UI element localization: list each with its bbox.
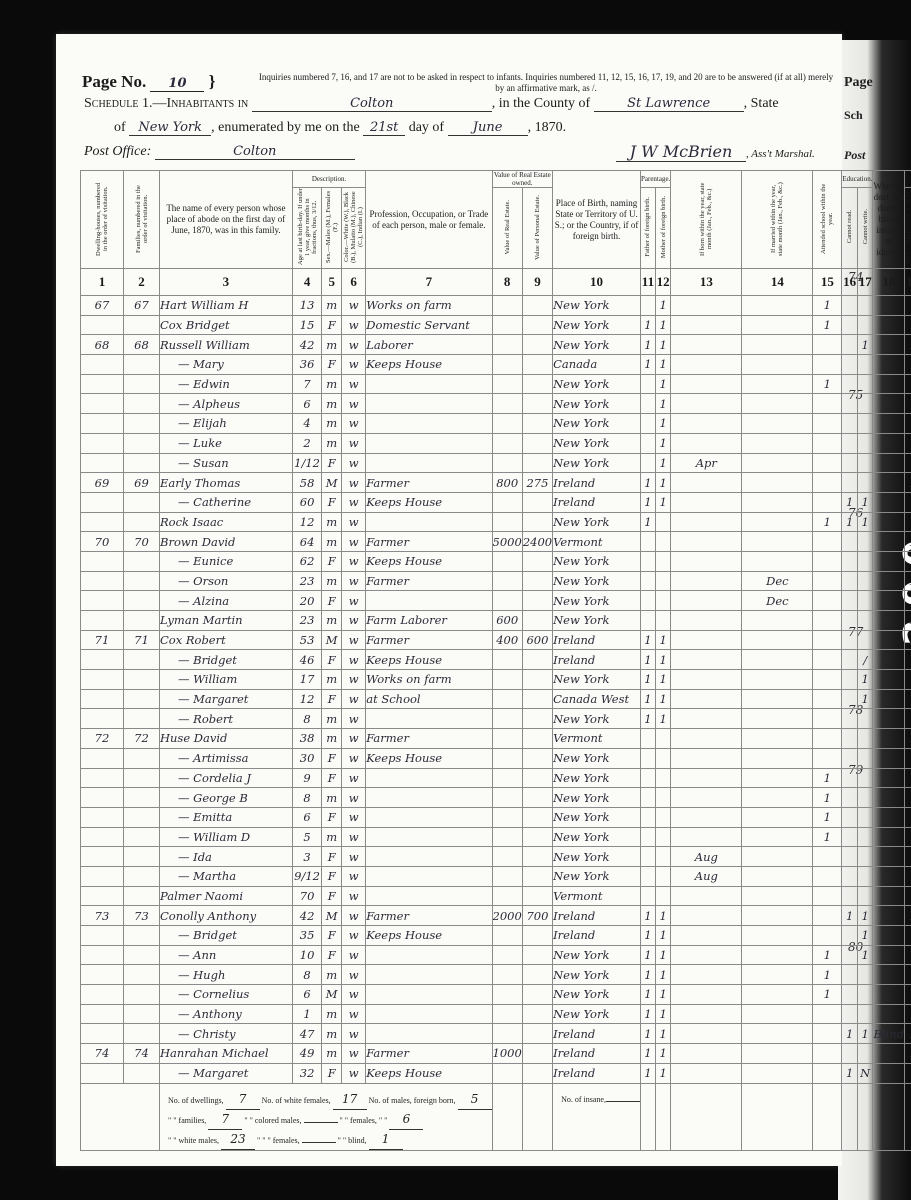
person-name: — Ida (160, 847, 293, 867)
totals-cell (813, 1083, 842, 1150)
dwelling-number (81, 689, 124, 709)
dwelling-number (81, 866, 124, 886)
age: 42 (292, 906, 321, 926)
mother-foreign (655, 532, 670, 552)
column-header-7: Profession, Occupation, or Trade of each… (366, 171, 492, 269)
personal-estate-value: 2400 (522, 532, 552, 552)
column-number: 9 (522, 269, 552, 296)
table-row: — Susan1/12FwNew York1Apr (81, 453, 911, 473)
age: 62 (292, 551, 321, 571)
mother-foreign (655, 807, 670, 827)
sex: m (322, 433, 342, 453)
father-foreign (640, 729, 655, 749)
color: w (342, 611, 366, 631)
table-row: — Alzina20FwNew YorkDec (81, 591, 911, 611)
dwelling-number (81, 926, 124, 946)
married-month (742, 551, 813, 571)
mother-foreign: 1 (655, 492, 670, 512)
real-estate-value (492, 788, 522, 808)
state-label: , State (744, 96, 779, 111)
male-citizen (905, 374, 911, 394)
column-header-16: Cannot read. (842, 188, 858, 269)
disability (873, 650, 905, 670)
father-foreign: 1 (640, 630, 655, 650)
personal-estate-value (522, 374, 552, 394)
cannot-write: 1 (857, 335, 873, 355)
male-citizen (905, 433, 911, 453)
sex: m (322, 1024, 342, 1044)
column-header-text: Mother of foreign birth. (660, 196, 667, 258)
family-number (124, 670, 160, 690)
color: w (342, 1004, 366, 1024)
cannot-write (857, 591, 873, 611)
birthplace: New York (553, 945, 641, 965)
column-number: 4 (292, 269, 321, 296)
dwelling-number (81, 945, 124, 965)
age: 10 (292, 945, 321, 965)
cannot-write (857, 315, 873, 335)
mother-foreign: 1 (655, 453, 670, 473)
occupation (366, 1024, 492, 1044)
family-number: 71 (124, 630, 160, 650)
married-month (742, 926, 813, 946)
cannot-write (857, 571, 873, 591)
father-foreign: 1 (640, 906, 655, 926)
father-foreign: 1 (640, 1063, 655, 1083)
attended-school (813, 433, 842, 453)
cannot-read (842, 551, 858, 571)
birthplace: Vermont (553, 729, 641, 749)
occupation: Farmer (366, 473, 492, 493)
occupation (366, 394, 492, 414)
mother-foreign (655, 551, 670, 571)
birthplace: New York (553, 1004, 641, 1024)
cannot-write (857, 768, 873, 788)
sex: F (322, 551, 342, 571)
disability (873, 788, 905, 808)
column-header-text: Value of Personal Estate. (534, 195, 541, 260)
age: 70 (292, 886, 321, 906)
disability (873, 729, 905, 749)
occupation: Farmer (366, 906, 492, 926)
male-citizen (905, 551, 911, 571)
born-month (671, 591, 742, 611)
birthplace: New York (553, 670, 641, 690)
occupation: Laborer (366, 335, 492, 355)
table-row: 6969Early Thomas58MwFarmer800275Ireland1… (81, 473, 911, 493)
disability (873, 492, 905, 512)
cannot-read: 1 (842, 512, 858, 532)
person-name: — Susan (160, 453, 293, 473)
family-number (124, 492, 160, 512)
married-month (742, 847, 813, 867)
dwelling-number (81, 650, 124, 670)
real-estate-value: 1000 (492, 1044, 522, 1064)
married-month (742, 689, 813, 709)
male-citizen: 1 (905, 906, 911, 926)
table-row: Lyman Martin23mwFarm Laborer600New York1 (81, 611, 911, 631)
table-row: — Alpheus6mwNew York1 (81, 394, 911, 414)
person-name: Brown David (160, 532, 293, 552)
column-header-text: Dwelling-houses, numbered in the order o… (95, 180, 109, 258)
attended-school (813, 630, 842, 650)
born-month (671, 512, 742, 532)
column-header-2: Families, numbered in the order of visit… (124, 171, 160, 269)
real-estate-value (492, 492, 522, 512)
cannot-write (857, 866, 873, 886)
married-month (742, 492, 813, 512)
male-citizen: 1 (905, 1044, 911, 1064)
cannot-read (842, 591, 858, 611)
person-name: — Alpheus (160, 394, 293, 414)
table-row: — Elijah4mwNew York1 (81, 414, 911, 434)
father-foreign (640, 374, 655, 394)
table-row: — William17mwWorks on farmNew York111 (81, 670, 911, 690)
married-month (742, 768, 813, 788)
father-foreign: 1 (640, 1044, 655, 1064)
disability (873, 512, 905, 532)
schedule-line: Schedule 1.—Inhabitants in Colton, in th… (84, 96, 779, 112)
family-number (124, 847, 160, 867)
father-foreign: 1 (640, 315, 655, 335)
disability (873, 709, 905, 729)
page-number-label: Page No. (82, 72, 146, 91)
occupation: Farmer (366, 630, 492, 650)
cannot-read (842, 571, 858, 591)
column-header-5: Sex.—Males (M.), Females (F.) (322, 188, 342, 269)
personal-estate-value (522, 355, 552, 375)
table-row: — Artimissa30FwKeeps HouseNew York (81, 748, 911, 768)
post-office-label: Post Office: (84, 144, 151, 159)
father-foreign: 1 (640, 985, 655, 1005)
age: 5 (292, 827, 321, 847)
age: 9 (292, 768, 321, 788)
person-name: — Bridget (160, 650, 293, 670)
column-number: 5 (322, 269, 342, 296)
male-citizen (905, 985, 911, 1005)
family-number (124, 591, 160, 611)
family-number (124, 1063, 160, 1083)
age: 4 (292, 414, 321, 434)
dwelling-number (81, 768, 124, 788)
cannot-read (842, 768, 858, 788)
attended-school (813, 571, 842, 591)
dwelling-number (81, 1004, 124, 1024)
column-header-18: Whether deaf and dumb, blind, insane, or… (873, 171, 905, 269)
cannot-write (857, 886, 873, 906)
disability (873, 768, 905, 788)
age: 58 (292, 473, 321, 493)
cannot-read (842, 926, 858, 946)
column-number: 7 (366, 269, 492, 296)
cannot-write: 1 (857, 1024, 873, 1044)
married-month (742, 670, 813, 690)
born-month (671, 827, 742, 847)
family-number (124, 374, 160, 394)
birthplace: Ireland (553, 630, 641, 650)
dwelling-number: 74 (81, 1044, 124, 1064)
married-month: Dec (742, 591, 813, 611)
sex: m (322, 532, 342, 552)
born-month (671, 394, 742, 414)
cannot-write (857, 1004, 873, 1024)
married-month (742, 709, 813, 729)
mother-foreign: 1 (655, 374, 670, 394)
married-month (742, 748, 813, 768)
column-group-value: Value of Real Estate owned. (492, 171, 553, 188)
totals-colored-males (304, 1122, 338, 1123)
cannot-write: 1 (857, 512, 873, 532)
cannot-read: 1 (842, 492, 858, 512)
mother-foreign: 1 (655, 1024, 670, 1044)
table-row: — Martha9/12FwNew YorkAug (81, 866, 911, 886)
personal-estate-value: 700 (522, 906, 552, 926)
sex: F (322, 847, 342, 867)
day-of-label: day of (409, 120, 444, 135)
age: 12 (292, 689, 321, 709)
totals-label: No. of white females, (262, 1096, 331, 1105)
year-label: , 1870. (528, 120, 567, 135)
table-row: — Ann10FwNew York1111 (81, 945, 911, 965)
mother-foreign: 1 (655, 1063, 670, 1083)
married-month (742, 335, 813, 355)
column-header-text: Cannot read. (846, 210, 853, 243)
married-month (742, 414, 813, 434)
column-number: 11 (640, 269, 655, 296)
family-number (124, 827, 160, 847)
real-estate-value (492, 453, 522, 473)
totals-spacer (81, 1083, 160, 1150)
column-header-text: Attended school within the year. (820, 180, 834, 258)
cannot-write (857, 965, 873, 985)
father-foreign (640, 591, 655, 611)
month-value: June (448, 120, 528, 136)
column-number: 16 (842, 269, 858, 296)
birthplace: New York (553, 748, 641, 768)
personal-estate-value (522, 611, 552, 631)
sex: m (322, 394, 342, 414)
totals-white-females: 17 (333, 1090, 367, 1110)
color: w (342, 473, 366, 493)
dwelling-number (81, 788, 124, 808)
cannot-write (857, 551, 873, 571)
table-row: 6767Hart William H13mwWorks on farmNew Y… (81, 296, 911, 316)
personal-estate-value (522, 571, 552, 591)
attended-school (813, 1024, 842, 1044)
color: w (342, 315, 366, 335)
color: w (342, 414, 366, 434)
dwelling-number (81, 985, 124, 1005)
attended-school (813, 532, 842, 552)
real-estate-value (492, 985, 522, 1005)
cannot-read (842, 985, 858, 1005)
table-row: — Edwin7mwNew York11 (81, 374, 911, 394)
married-month (742, 630, 813, 650)
father-foreign (640, 532, 655, 552)
born-month (671, 374, 742, 394)
real-estate-value (492, 965, 522, 985)
cannot-read (842, 394, 858, 414)
married-month (742, 512, 813, 532)
family-number: 72 (124, 729, 160, 749)
disability (873, 1004, 905, 1024)
attended-school (813, 473, 842, 493)
born-month (671, 945, 742, 965)
born-month: Apr (671, 453, 742, 473)
occupation (366, 886, 492, 906)
table-row: — Margaret12Fwat SchoolCanada West111 (81, 689, 911, 709)
cannot-read (842, 689, 858, 709)
person-name: Lyman Martin (160, 611, 293, 631)
attended-school (813, 689, 842, 709)
family-number (124, 512, 160, 532)
insane-cell: No. of insane, (553, 1083, 641, 1150)
color: w (342, 492, 366, 512)
male-citizen: 1 (905, 571, 911, 591)
color: w (342, 532, 366, 552)
person-name: Cox Bridget (160, 315, 293, 335)
sex: F (322, 748, 342, 768)
family-number (124, 945, 160, 965)
occupation: Farm Laborer (366, 611, 492, 631)
personal-estate-value (522, 866, 552, 886)
born-month (671, 926, 742, 946)
birthplace: Ireland (553, 906, 641, 926)
male-citizen: 1 (905, 532, 911, 552)
cannot-write (857, 433, 873, 453)
family-number (124, 611, 160, 631)
sex: m (322, 1004, 342, 1024)
disability (873, 906, 905, 926)
birthplace: New York (553, 335, 641, 355)
person-name: — Hugh (160, 965, 293, 985)
attended-school: 1 (813, 374, 842, 394)
cannot-read (842, 315, 858, 335)
cannot-read (842, 1044, 858, 1064)
page-number: Page No. 10 } (82, 72, 215, 92)
color: w (342, 355, 366, 375)
real-estate-value (492, 926, 522, 946)
column-number: 10 (553, 269, 641, 296)
page-number-value: 10 (150, 76, 204, 92)
mother-foreign (655, 748, 670, 768)
male-citizen (905, 394, 911, 414)
cannot-write: 1 (857, 906, 873, 926)
father-foreign (640, 768, 655, 788)
person-name: — Christy (160, 1024, 293, 1044)
personal-estate-value (522, 807, 552, 827)
disability (873, 1063, 905, 1083)
age: 20 (292, 591, 321, 611)
attended-school: 1 (813, 985, 842, 1005)
born-month (671, 906, 742, 926)
color: w (342, 571, 366, 591)
real-estate-value (492, 433, 522, 453)
person-name: — Alzina (160, 591, 293, 611)
column-number: 8 (492, 269, 522, 296)
born-month (671, 788, 742, 808)
totals-dwellings: 7 (226, 1090, 260, 1110)
cannot-read (842, 788, 858, 808)
personal-estate-value (522, 689, 552, 709)
real-estate-value (492, 1024, 522, 1044)
totals-cell (842, 1083, 858, 1150)
disability (873, 414, 905, 434)
column-header-6: Color.—White (W.), Black (B.), Mulatto (… (342, 188, 366, 269)
father-foreign (640, 807, 655, 827)
header-number-row: 1234567891011121314151617181920 (81, 269, 911, 296)
table-row: — Hugh8mwNew York111 (81, 965, 911, 985)
totals-cell (671, 1083, 742, 1150)
real-estate-value (492, 670, 522, 690)
mother-foreign: 1 (655, 433, 670, 453)
attended-school: 1 (813, 788, 842, 808)
real-estate-value (492, 650, 522, 670)
disability (873, 433, 905, 453)
occupation (366, 512, 492, 532)
male-citizen: 1 (905, 611, 911, 631)
mother-foreign (655, 866, 670, 886)
mother-foreign (655, 729, 670, 749)
column-group-constitutional: Constitutional Relations. (905, 171, 911, 188)
occupation: Farmer (366, 1044, 492, 1064)
cannot-read: 1 (842, 1063, 858, 1083)
cannot-read (842, 729, 858, 749)
age: 8 (292, 965, 321, 985)
attended-school (813, 394, 842, 414)
real-estate-value (492, 847, 522, 867)
person-name: — Mary (160, 355, 293, 375)
male-citizen: 1 (905, 335, 911, 355)
totals-cell (655, 1083, 670, 1150)
table-row: 7171Cox Robert53MwFarmer400600Ireland111 (81, 630, 911, 650)
real-estate-value (492, 394, 522, 414)
age: 6 (292, 807, 321, 827)
real-estate-value (492, 886, 522, 906)
totals-cell (492, 1083, 522, 1150)
family-number (124, 965, 160, 985)
father-foreign: 1 (640, 670, 655, 690)
instructions-note: Inquiries numbered 7, 16, and 17 are not… (256, 72, 836, 94)
personal-estate-value (522, 492, 552, 512)
schedule-label: Schedule 1.—Inhabitants in (84, 96, 248, 111)
married-month: Dec (742, 571, 813, 591)
person-name: Conolly Anthony (160, 906, 293, 926)
cannot-write (857, 355, 873, 375)
attended-school (813, 453, 842, 473)
sex: F (322, 886, 342, 906)
age: 1 (292, 1004, 321, 1024)
cannot-read (842, 453, 858, 473)
totals-label: " " families, (168, 1116, 206, 1125)
disability (873, 886, 905, 906)
personal-estate-value (522, 335, 552, 355)
occupation (366, 945, 492, 965)
occupation (366, 414, 492, 434)
occupation: Keeps House (366, 492, 492, 512)
totals-summary: No. of dwellings, 7 No. of white females… (160, 1084, 492, 1150)
birthplace: New York (553, 866, 641, 886)
sex: F (322, 866, 342, 886)
real-estate-value (492, 827, 522, 847)
male-citizen (905, 650, 911, 670)
father-foreign: 1 (640, 926, 655, 946)
person-name: Cox Robert (160, 630, 293, 650)
age: 6 (292, 394, 321, 414)
person-name: — Luke (160, 433, 293, 453)
occupation: Domestic Servant (366, 315, 492, 335)
attended-school: 1 (813, 512, 842, 532)
